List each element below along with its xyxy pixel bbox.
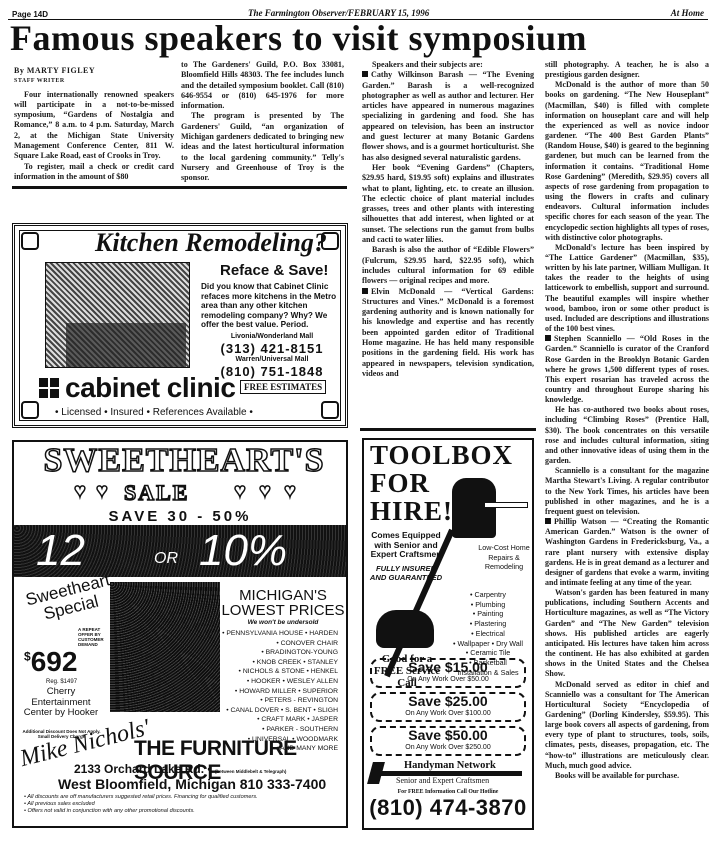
sale-price: $692 (24, 646, 77, 678)
dog-cartoon-icon (376, 610, 434, 648)
bullet-icon (362, 288, 368, 294)
ad-cabinet-clinic: Kitchen Remodeling? Reface & Save! Did y… (12, 223, 348, 428)
regular-price: Reg. $1497 (46, 679, 77, 685)
article-column-3: Speakers and their subjects are: Cathy W… (362, 60, 534, 379)
paragraph: Watson's garden has been featured in man… (545, 588, 709, 679)
brand-name: cabinet clinic (65, 372, 235, 404)
ad-title-line: HIRE! (370, 496, 453, 527)
handyman-cartoon-icon (452, 478, 496, 538)
paragraph: McDonald's lecture has been inspired by … (545, 243, 709, 334)
disclaimers: • All discounts are off manufacturers su… (24, 794, 258, 815)
brand-item: • Conover Chair (138, 639, 338, 649)
bullet-icon (362, 71, 368, 77)
article-column-4: still photography. A teacher, he is also… (545, 60, 709, 781)
caulk-gun-icon (484, 502, 528, 508)
heart-icon: ♥ (234, 480, 246, 503)
sale-label: SALE (124, 480, 189, 506)
brand-list: • Pennsylvania House • Harden • Conover … (138, 629, 338, 754)
coupon[interactable]: Save $25.00 On Any Work Over $100.00 (370, 692, 526, 722)
store-city-phone: West Bloomfield, Michigan 810 333-7400 (58, 776, 326, 792)
financing-months: 12 (36, 526, 85, 576)
product-name: Cherry Entertainment Center by Hooker (16, 687, 106, 719)
discount-bar: SAVE 30 - 50% (14, 510, 346, 524)
service-item: • Ceramic Tile (442, 648, 534, 658)
brand-item: • Craft Mark • Jasper (138, 715, 338, 725)
store-address: 2133 Orchard Lake Rd. • (between Middleb… (74, 762, 286, 776)
brand-item: • Howard Miller • Superior (138, 687, 338, 697)
heart-icon: ♥ (259, 480, 271, 503)
paragraph: Stephen Scanniello — “Old Roses in the G… (545, 334, 709, 405)
paragraph: to The Gardeners' Guild, P.O. Box 33081,… (181, 60, 344, 111)
ad-title: Kitchen Remodeling? (95, 228, 327, 258)
bullet-icon (545, 335, 551, 341)
paragraph: Scanniello is a consultant for the magaz… (545, 466, 709, 517)
undersold-note: We won't be undersold (219, 619, 347, 626)
section-label: At Home (671, 8, 704, 18)
section-divider (360, 428, 536, 431)
service-item: • Carpentry (442, 590, 534, 600)
article-headline: Famous speakers to visit symposium (10, 18, 587, 58)
service-item: • Plastering (442, 619, 534, 629)
paragraph: The program is presented by The Gardener… (181, 111, 344, 183)
ad-furniture-source: SWEETHEART'S ♥ ♥ ♥ ♥ ♥ SALE SAVE 30 - 50… (12, 440, 348, 828)
brand-item: • Nichols & Stone • Henkel (138, 667, 338, 677)
byline-role: STAFF WRITER (14, 76, 174, 86)
ad-copy: Did you know that Cabinet Clinic refaces… (201, 282, 339, 330)
financing-percent: 10% (199, 526, 287, 576)
brand-item: • Canal Dover • S. Bent • Sligh (138, 706, 338, 716)
ornament-icon (321, 401, 339, 419)
paragraph: McDonald served as editor in chief and S… (545, 680, 709, 771)
special-title: Sweetheart Special (24, 571, 116, 627)
paragraph: Phillip Watson — “Creating the Romantic … (545, 517, 709, 588)
byline: By MARTY FIGLEY (14, 66, 174, 76)
ad-tagline: • Licensed • Insured • References Availa… (55, 407, 253, 418)
paragraph: He has co-authored two books about roses… (545, 405, 709, 466)
ad-title-line: TOOLBOX (370, 440, 513, 471)
ornament-icon (21, 401, 39, 419)
network-name: Handyman Network (404, 760, 496, 771)
bullet-icon (545, 518, 551, 524)
service-item: • Electrical (442, 629, 534, 639)
kitchen-photo (45, 262, 190, 368)
service-item: • Painting (442, 609, 534, 619)
paragraph: still photography. A teacher, he is also… (545, 60, 709, 80)
heart-icon: ♥ (284, 480, 296, 503)
phone-number: (313) 421-8151 (207, 341, 337, 356)
article-column-2: to The Gardeners' Guild, P.O. Box 33081,… (181, 60, 344, 184)
paragraph: To register, mail a check or credit card… (14, 162, 174, 183)
ad-headline: Reface & Save! (220, 262, 328, 279)
network-subtitle: Senior and Expert Craftsmen (396, 776, 489, 785)
lowest-prices-heading: MICHIGAN'S LOWEST PRICES (219, 588, 347, 618)
brand-logo: cabinet clinic (39, 372, 235, 404)
equipped-text: Comes Equipped with Senior and Expert Cr… (367, 531, 445, 560)
location-label: Livonia/Wonderland Mall (207, 333, 337, 340)
paragraph: Four internationally renowned speakers w… (14, 90, 174, 162)
paragraph: Books will be available for purchase. (545, 771, 709, 781)
brand-item: • Bradington-Young (138, 648, 338, 658)
brand-item: • Hooker • Wesley Allen (138, 677, 338, 687)
brand-item: • Knob Creek • Stanley (138, 658, 338, 668)
newspaper-dateline: The Farmington Observer/FEBRUARY 15, 199… (248, 8, 429, 18)
paragraph: McDonald is the author of more than 50 b… (545, 80, 709, 243)
paragraph: Cathy Wilkinson Barash — “The Evening Ga… (362, 70, 534, 163)
financing-or: OR (154, 550, 178, 568)
ornament-icon (21, 232, 39, 250)
paragraph: Her book “Evening Gardens” (Chapters, $2… (362, 163, 534, 245)
phone-number: (810) 474-3870 (368, 795, 528, 821)
coupon[interactable]: Save $50.00 On Any Work Over $250.00 (370, 726, 526, 756)
heart-icon: ♥ (96, 480, 108, 503)
location-label: Warren/Universal Mall (207, 356, 337, 363)
service-item: • Plumbing (442, 600, 534, 610)
paragraph: Speakers and their subjects are: (362, 60, 534, 70)
insured-text: FULLY INSURED AND GUARANTEED (367, 564, 445, 582)
sale-banner: SWEETHEART'S (39, 442, 329, 484)
section-divider (12, 186, 347, 189)
special-note: A repeat offer by customer demand (78, 627, 108, 647)
article-column-1: By MARTY FIGLEY STAFF WRITER Four intern… (14, 66, 174, 182)
paragraph: Elvin McDonald — “Vertical Gardens: Stru… (362, 287, 534, 380)
free-estimates-badge: FREE ESTIMATES (240, 380, 326, 394)
coupon[interactable]: Save $15.00 On Any Work Over $50.00 (370, 658, 526, 688)
brand-item: • Pennsylvania House • Harden (138, 629, 338, 639)
ad-title-line: FOR (370, 468, 430, 499)
brand-item: • Peters - Revington (138, 696, 338, 706)
lowcost-text: Low-Cost Home Repairs & Remodeling (478, 543, 530, 572)
ad-handyman-network: TOOLBOX FOR HIRE! Comes Equipped with Se… (362, 438, 534, 830)
brand-item: • Parker - Southern (138, 725, 338, 735)
service-item: • Wallpaper • Dry Wall (442, 639, 534, 649)
paragraph: Barash is also the author of “Edible Flo… (362, 245, 534, 286)
grid-logo-icon (39, 378, 59, 398)
heart-icon: ♥ (74, 480, 86, 503)
